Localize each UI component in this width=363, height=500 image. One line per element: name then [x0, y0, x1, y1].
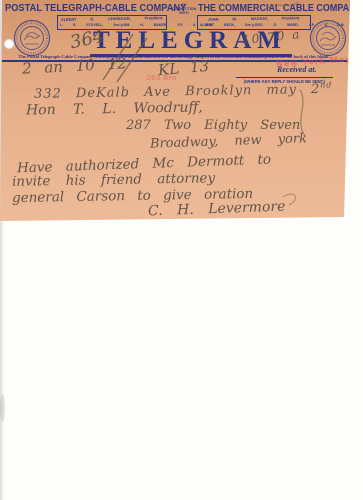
pencil-strokes	[0, 0, 363, 223]
punch-hole	[4, 39, 14, 49]
telegram-paper: POSTAL TELEGRAPH-CABLE COMPANY IN CONNEC…	[0, 0, 363, 223]
scanned-page: POSTAL TELEGRAPH-CABLE COMPANY IN CONNEC…	[0, 0, 363, 500]
scan-smudge	[0, 394, 5, 422]
